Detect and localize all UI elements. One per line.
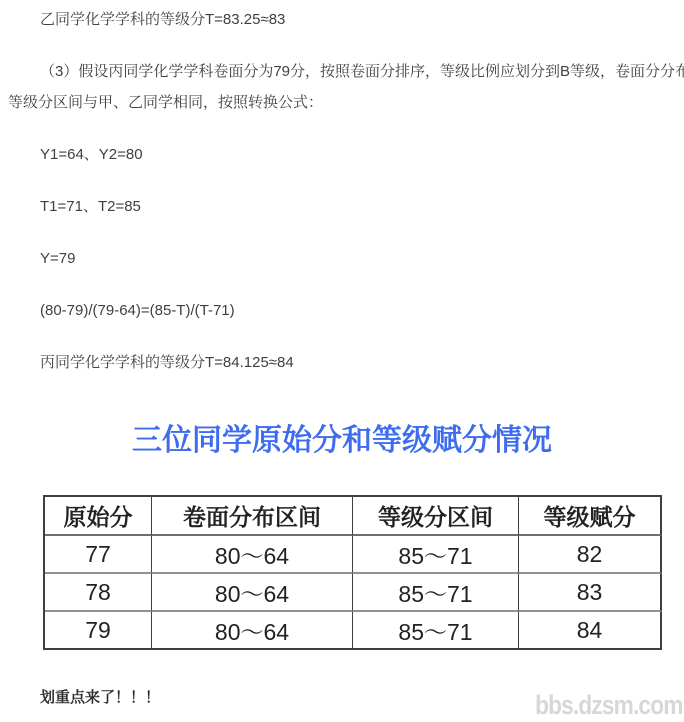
- paragraph-line: 等级分区间与甲、乙同学相同，按照转换公式：: [8, 87, 676, 118]
- document-content: 乙同学化学学科的等级分T=83.25≈83 （3）假设丙同学化学学科卷面分为79…: [0, 0, 684, 706]
- table-cell: 77: [45, 536, 152, 574]
- table-cell: 84: [519, 612, 662, 650]
- formula-line: T1=71、T2=85: [8, 191, 676, 222]
- score-table: 原始分 卷面分布区间 等级分区间 等级赋分 77 80～64 85～71 82 …: [43, 495, 662, 650]
- document-page: 乙同学化学学科的等级分T=83.25≈83 （3）假设丙同学化学学科卷面分为79…: [0, 0, 684, 722]
- paragraph-line: （3）假设丙同学化学学科卷面分为79分，按照卷面分排序，等级比例应划分到B等级，…: [8, 56, 676, 87]
- table-header-cell: 等级分区间: [353, 497, 519, 536]
- section-title: 三位同学原始分和等级赋分情况: [8, 419, 676, 463]
- watermark: bbs.dzsm.com: [536, 692, 683, 719]
- table-row: 79 80～64 85～71 84: [45, 612, 662, 650]
- table-row: 78 80～64 85～71 83: [45, 574, 662, 612]
- table-cell: 85～71: [353, 612, 519, 650]
- table-header-row: 原始分 卷面分布区间 等级分区间 等级赋分: [45, 497, 662, 536]
- table-cell: 80～64: [152, 574, 353, 612]
- table-cell: 80～64: [152, 536, 353, 574]
- formula-line: Y1=64、Y2=80: [8, 139, 676, 170]
- table-cell: 85～71: [353, 536, 519, 574]
- table-header-cell: 原始分: [45, 497, 152, 536]
- table-cell: 83: [519, 574, 662, 612]
- table-header-cell: 等级赋分: [519, 497, 662, 536]
- table-cell: 78: [45, 574, 152, 612]
- table-cell: 85～71: [353, 574, 519, 612]
- formula-line: Y=79: [8, 243, 676, 274]
- formula-line: (80-79)/(79-64)=(85-T)/(T-71): [8, 295, 676, 326]
- table-row: 77 80～64 85～71 82: [45, 536, 662, 574]
- table-header-cell: 卷面分布区间: [152, 497, 353, 536]
- table-cell: 79: [45, 612, 152, 650]
- paragraph-line: 丙同学化学学科的等级分T=84.125≈84: [8, 347, 676, 378]
- table-cell: 82: [519, 536, 662, 574]
- table-cell: 80～64: [152, 612, 353, 650]
- paragraph-line: 乙同学化学学科的等级分T=83.25≈83: [8, 4, 676, 35]
